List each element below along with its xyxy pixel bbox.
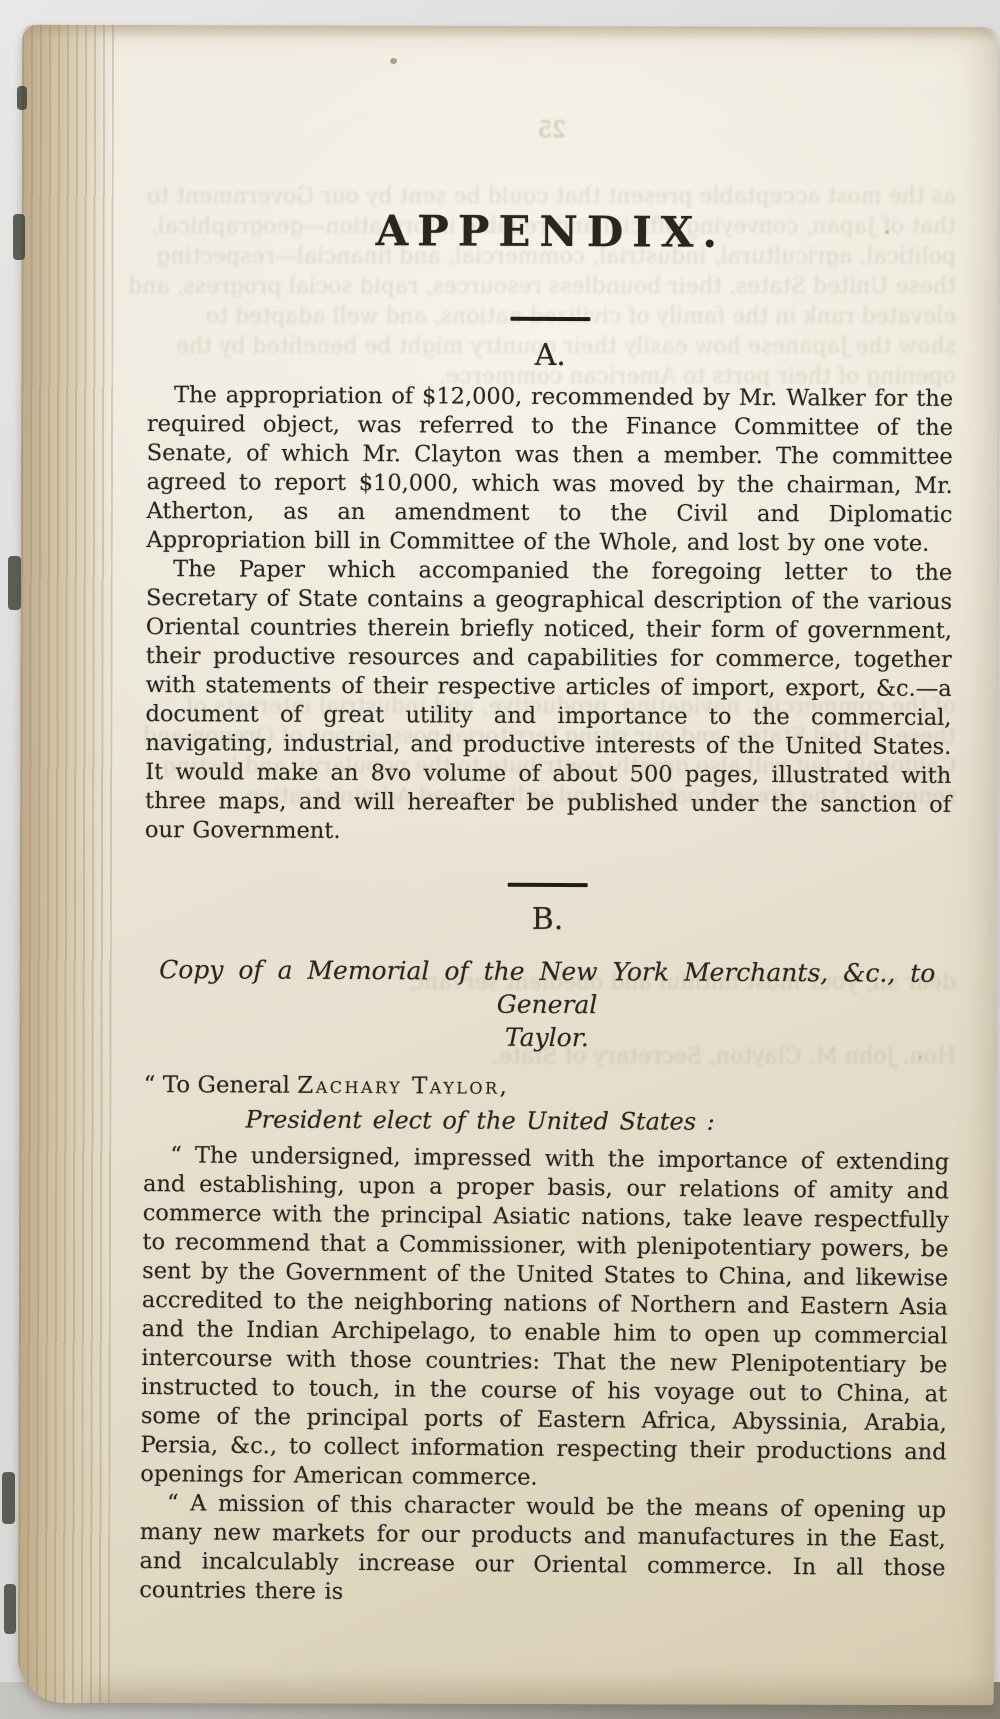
section-b-heading: B. xyxy=(144,899,950,941)
addressee-line: President elect of the United States : xyxy=(245,1104,949,1138)
paragraph-paper-description: The Paper which accompanied the foregoin… xyxy=(145,555,952,849)
paragraph-mission: “ A mission of this character would be t… xyxy=(139,1489,946,1612)
paragraph-appropriation: The appropriation of $12,000, recommende… xyxy=(146,381,953,559)
section-a-heading: A. xyxy=(147,335,953,377)
memorial-subtitle-line2: Taylor. xyxy=(144,1019,950,1056)
paragraph-undersigned: “ The undersigned, impressed with the im… xyxy=(140,1141,949,1496)
salutation-name: Zachary Taylor, xyxy=(297,1073,509,1100)
memorial-subtitle-line1: Copy of a Memorial of the New York Merch… xyxy=(144,953,950,1023)
appendix-title: APPENDIX. xyxy=(148,205,954,259)
spine-mark xyxy=(17,86,27,110)
spine-mark xyxy=(2,1472,15,1524)
memorial-subtitle: Copy of a Memorial of the New York Merch… xyxy=(144,953,950,1056)
salutation-prefix: “ To General xyxy=(144,1072,298,1099)
section-divider xyxy=(508,883,588,887)
page-fore-edges xyxy=(18,25,114,1703)
page-top-edge xyxy=(22,25,998,42)
salutation-line: “ To General Zachary Taylor, xyxy=(144,1070,950,1104)
book-photo: 25 as the most acceptable present that c… xyxy=(0,0,1000,1719)
section-divider xyxy=(510,317,590,321)
spine-mark xyxy=(4,1584,16,1634)
spine-mark xyxy=(13,214,25,260)
paper-speck xyxy=(390,58,397,64)
showthrough-page-number: 25 xyxy=(538,118,566,143)
spine-mark xyxy=(8,556,21,610)
printed-text-block: APPENDIX. A. The appropriation of $12,00… xyxy=(141,205,954,1609)
memorial-body: “ The undersigned, impressed with the im… xyxy=(139,1141,949,1612)
